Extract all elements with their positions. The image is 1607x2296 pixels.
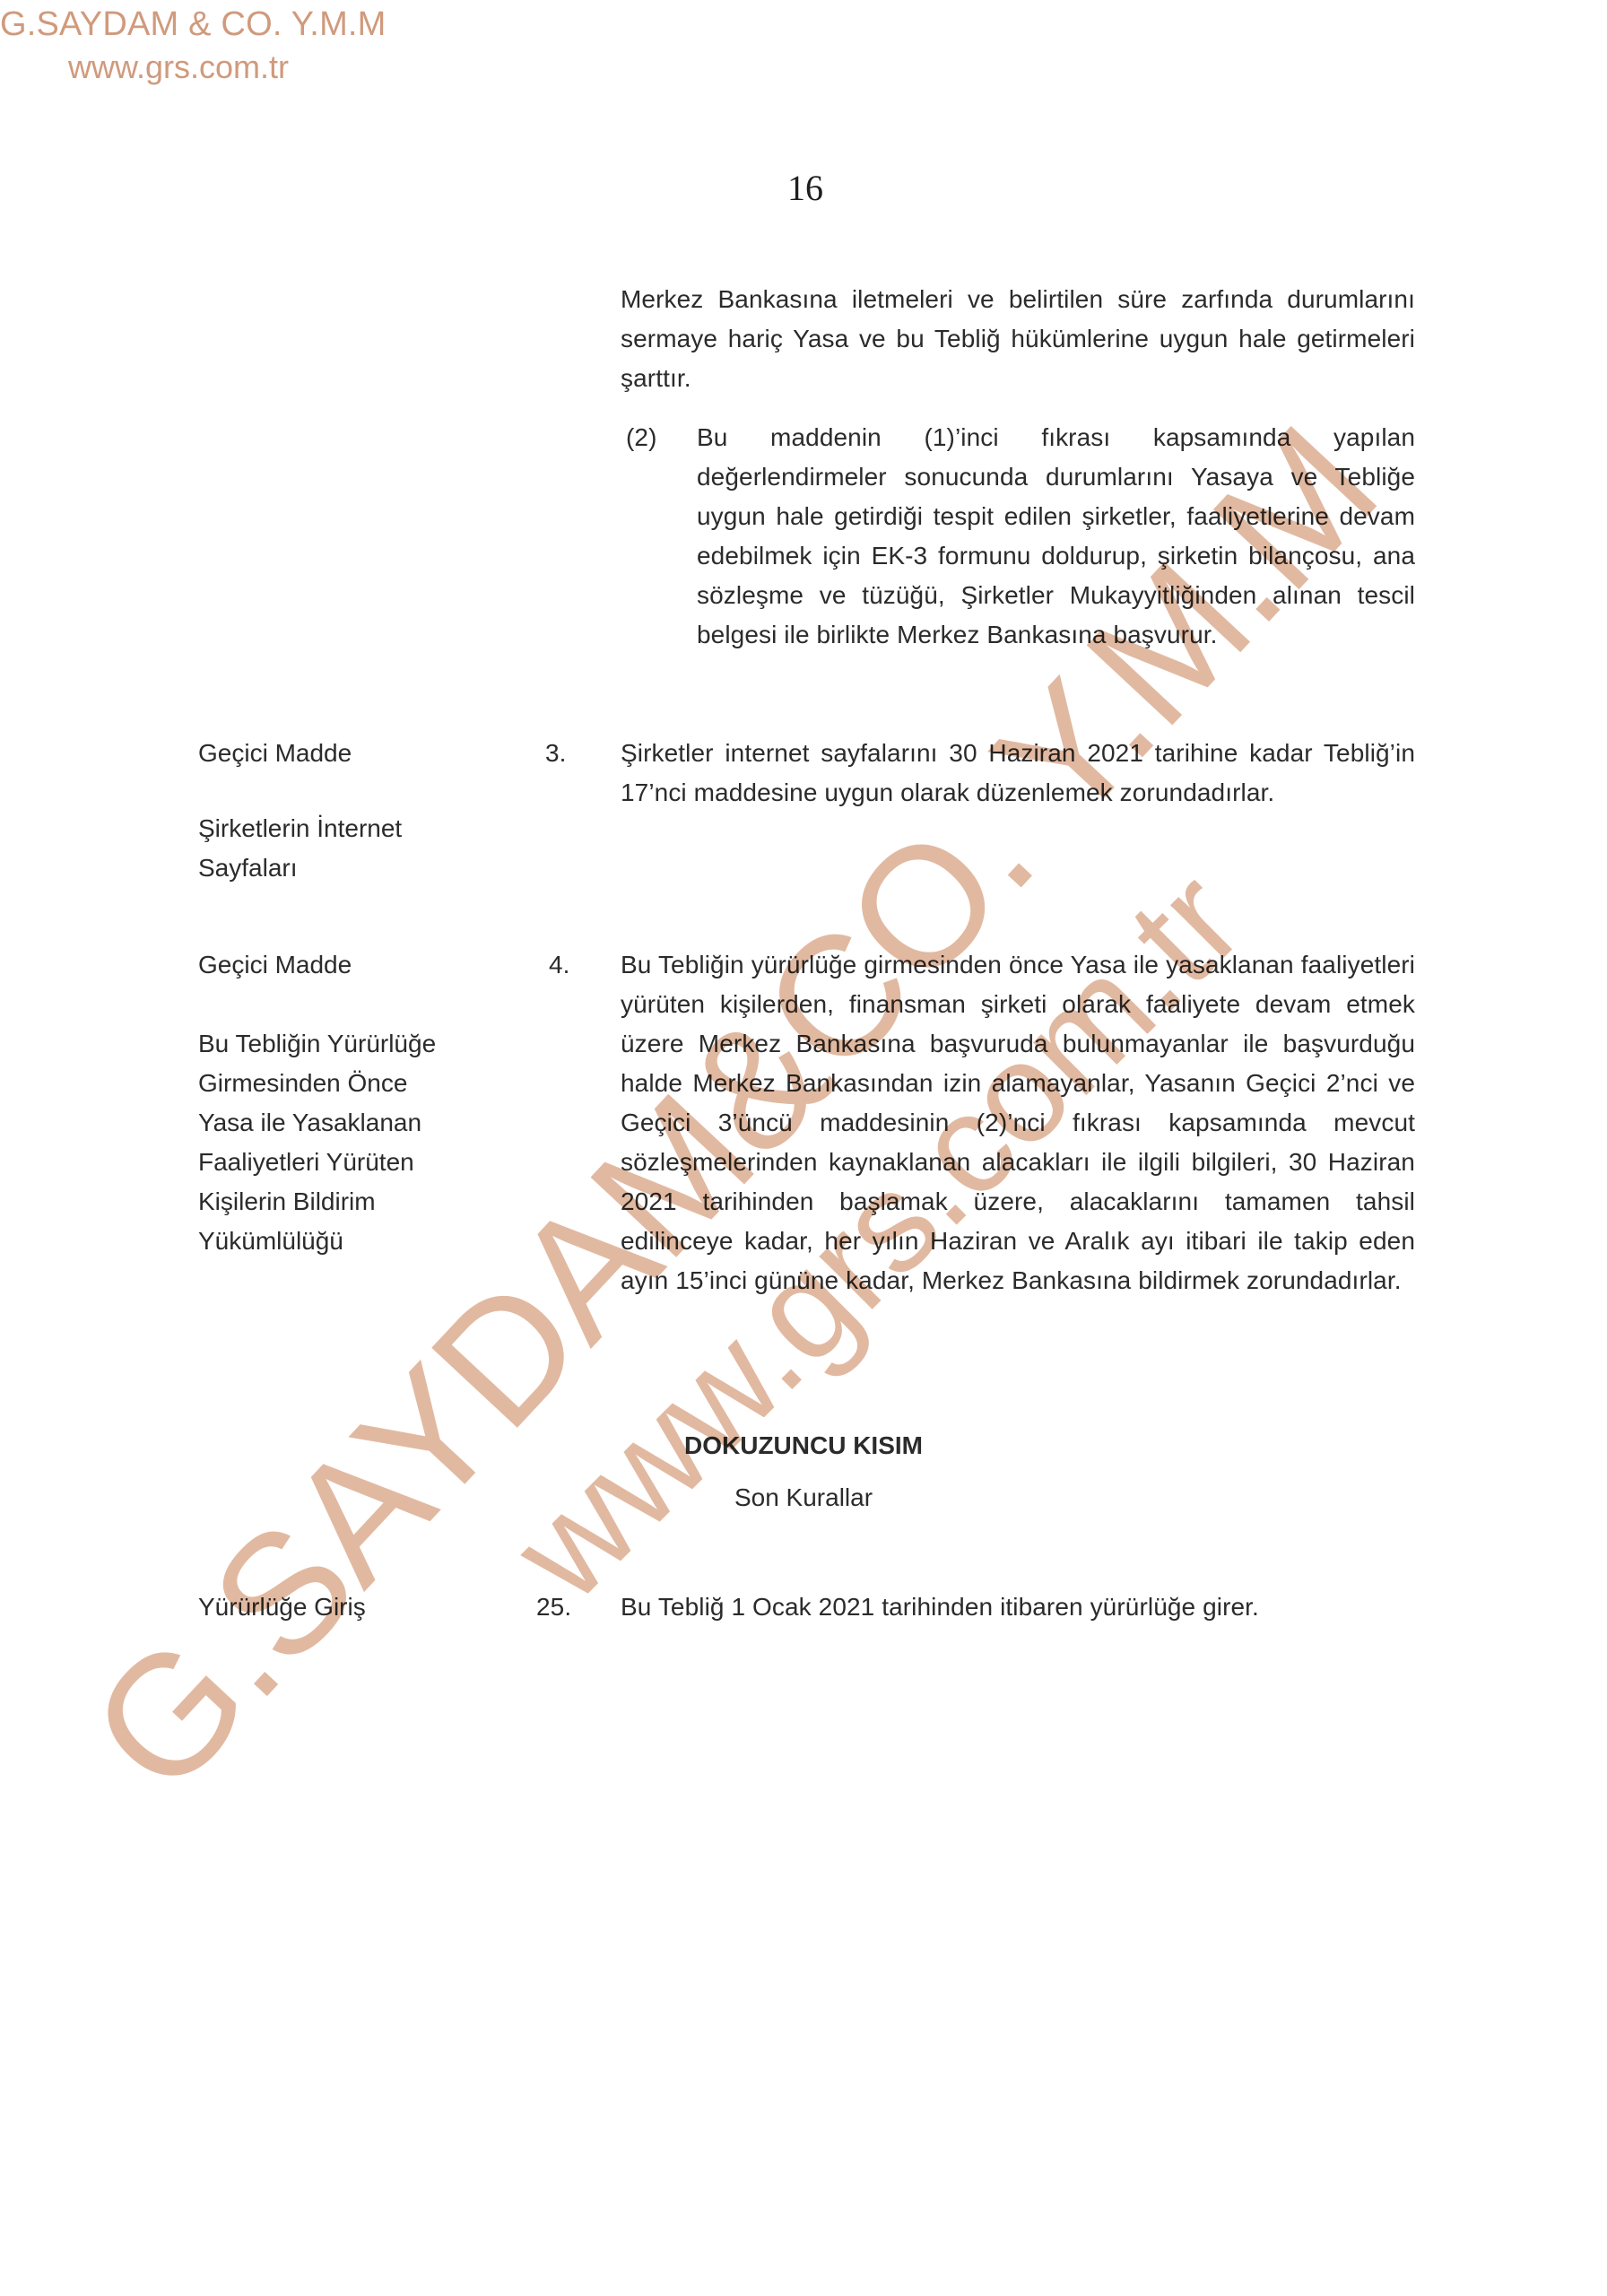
article-title-line: Kişilerin Bildirim bbox=[198, 1182, 503, 1222]
article-number: 4. bbox=[549, 945, 603, 985]
article-title: Bu Tebliğin Yürürlüğe Girmesinden Önce Y… bbox=[198, 1024, 503, 1261]
subparagraph-number: (2) bbox=[626, 418, 657, 457]
document-page: G.SAYDAM & CO. Y.M.M www.grs.com.tr 16 M… bbox=[0, 0, 1607, 2296]
page-number: 16 bbox=[0, 167, 1607, 209]
firm-website: www.grs.com.tr bbox=[68, 48, 289, 86]
article-title-line: Faaliyetleri Yürüten bbox=[198, 1143, 503, 1182]
article-type-label: Geçici Madde bbox=[198, 945, 503, 985]
article-number: 3. bbox=[545, 734, 599, 773]
article-title-line: Yükümlülüğü bbox=[198, 1222, 503, 1261]
article-title: Şirketlerin İnternet Sayfaları bbox=[198, 809, 503, 888]
article-title-line: Girmesinden Önce bbox=[198, 1064, 503, 1103]
final-article-label: Yürürlüğe Giriş bbox=[198, 1587, 503, 1627]
article-title-line: Şirketlerin İnternet bbox=[198, 809, 503, 848]
final-article-number: 25. bbox=[536, 1587, 590, 1627]
article-type-label: Geçici Madde bbox=[198, 734, 503, 773]
final-article-text: Bu Tebliğ 1 Ocak 2021 tarihinden itibare… bbox=[621, 1587, 1415, 1627]
subparagraph-text: Bu maddenin (1)’inci fıkrası kapsamında … bbox=[697, 418, 1415, 655]
article-text: Bu Tebliğin yürürlüğe girmesinden önce Y… bbox=[621, 945, 1415, 1300]
article-title-line: Bu Tebliğin Yürürlüğe bbox=[198, 1024, 503, 1064]
section-title: Son Kurallar bbox=[0, 1478, 1607, 1518]
article-text: Şirketler internet sayfalarını 30 Hazira… bbox=[621, 734, 1415, 813]
continuation-paragraph: Merkez Bankasına iletmeleri ve belirtile… bbox=[621, 280, 1415, 398]
article-title-line: Sayfaları bbox=[198, 848, 503, 888]
page-number-text: 16 bbox=[787, 168, 823, 208]
section-part-heading: DOKUZUNCU KISIM bbox=[0, 1426, 1607, 1465]
firm-name: G.SAYDAM & CO. Y.M.M bbox=[0, 5, 387, 44]
article-title-line: Yasa ile Yasaklanan bbox=[198, 1103, 503, 1143]
